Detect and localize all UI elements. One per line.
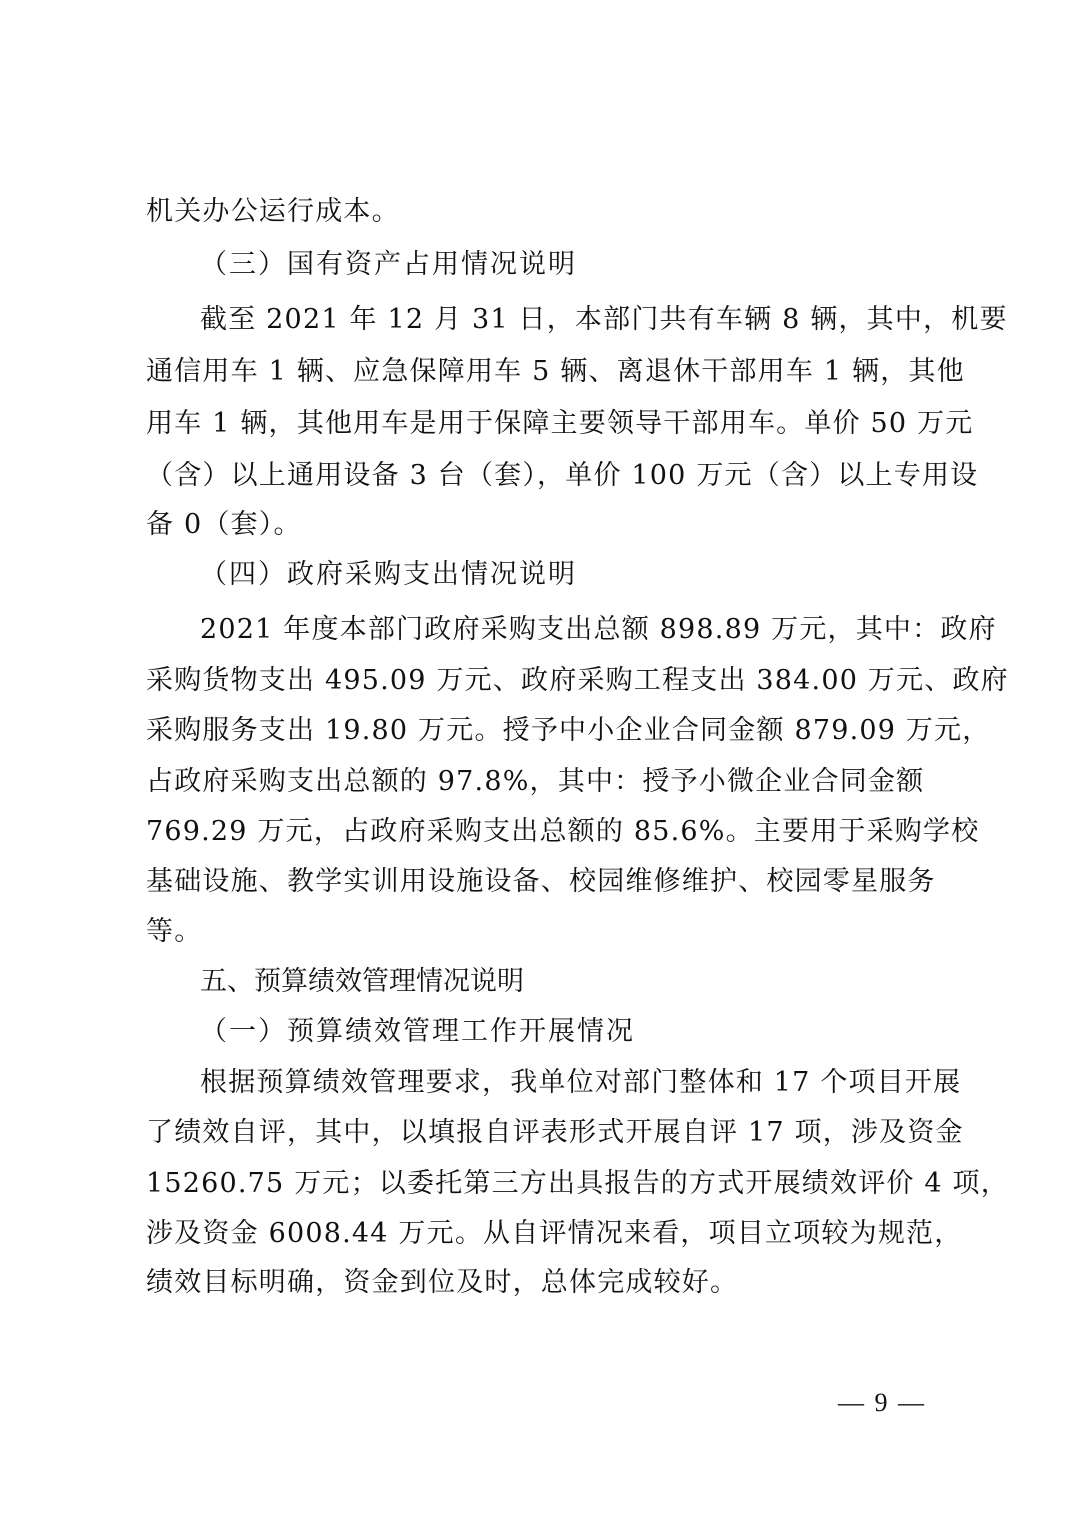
paragraph-line: 通信用车 1 辆、应急保障用车 5 辆、离退休干部用车 1 辆，其他 bbox=[146, 352, 946, 392]
paragraph-line: 采购服务支出 19.80 万元。授予中小企业合同金额 879.09 万元， bbox=[146, 711, 946, 751]
paragraph-line: 了绩效自评，其中，以填报自评表形式开展自评 17 项，涉及资金 bbox=[146, 1113, 946, 1153]
paragraph-line: 根据预算绩效管理要求，我单位对部门整体和 17 个项目开展 bbox=[200, 1063, 1000, 1103]
paragraph-line: 备 0（套）。 bbox=[146, 505, 946, 545]
paragraph-line: 占政府采购支出总额的 97.8%，其中：授予小微企业合同金额 bbox=[146, 762, 946, 802]
section-subheading-assets: （三）国有资产占用情况说明 bbox=[200, 245, 1000, 285]
paragraph-line: 截至 2021 年 12 月 31 日，本部门共有车辆 8 辆，其中，机要 bbox=[200, 300, 1000, 340]
paragraph-line: 基础设施、教学实训用设施设备、校园维修维护、校园零星服务 bbox=[146, 862, 946, 902]
document-page: 机关办公运行成本。 （三）国有资产占用情况说明 截至 2021 年 12 月 3… bbox=[0, 0, 1074, 1520]
paragraph-line: 绩效目标明确，资金到位及时，总体完成较好。 bbox=[146, 1263, 946, 1303]
paragraph-line: 用车 1 辆，其他用车是用于保障主要领导干部用车。单价 50 万元 bbox=[146, 404, 946, 444]
paragraph-line: 769.29 万元，占政府采购支出总额的 85.6%。主要用于采购学校 bbox=[146, 812, 946, 852]
paragraph-line: 等。 bbox=[146, 912, 946, 952]
paragraph-line: 15260.75 万元；以委托第三方出具报告的方式开展绩效评价 4 项， bbox=[146, 1164, 946, 1204]
paragraph-line: 采购货物支出 495.09 万元、政府采购工程支出 384.00 万元、政府 bbox=[146, 661, 946, 701]
paragraph-line: （含）以上通用设备 3 台（套），单价 100 万元（含）以上专用设 bbox=[146, 456, 946, 496]
paragraph-line: 机关办公运行成本。 bbox=[146, 192, 946, 232]
section-heading-performance: 五、预算绩效管理情况说明 bbox=[200, 962, 1000, 1002]
page-number: — 9 — bbox=[838, 1388, 926, 1418]
section-subheading-procurement: （四）政府采购支出情况说明 bbox=[200, 555, 1000, 595]
paragraph-line: 2021 年度本部门政府采购支出总额 898.89 万元，其中：政府 bbox=[200, 610, 1000, 650]
section-subheading-performance-work: （一）预算绩效管理工作开展情况 bbox=[200, 1012, 1000, 1052]
paragraph-line: 涉及资金 6008.44 万元。从自评情况来看，项目立项较为规范， bbox=[146, 1214, 946, 1254]
